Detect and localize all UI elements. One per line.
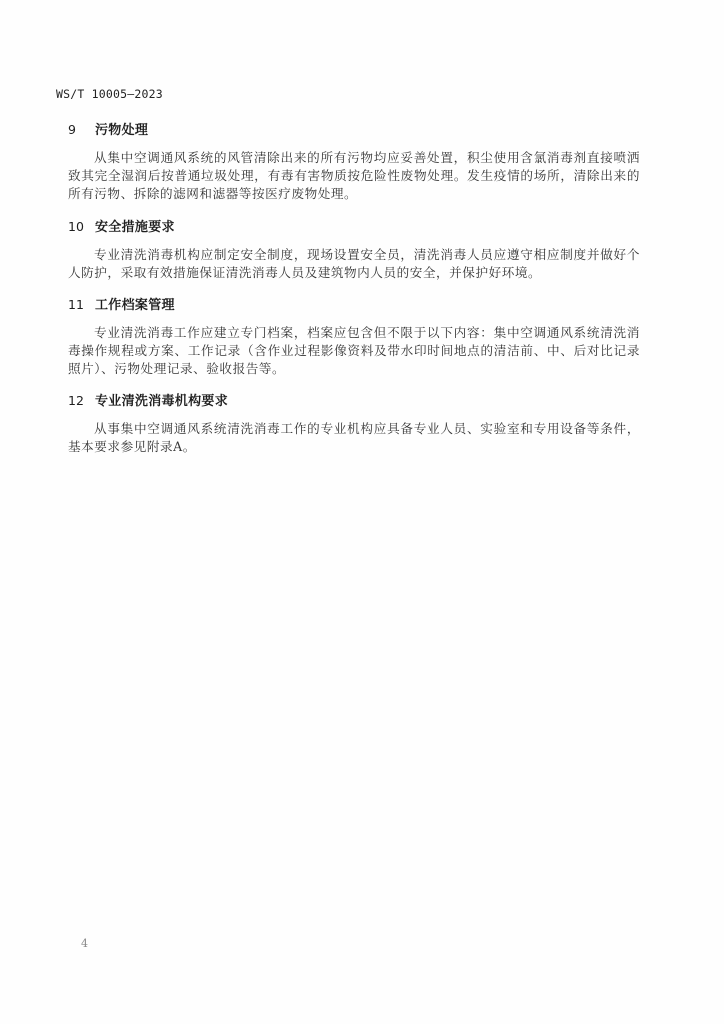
page-number: 4 [81, 937, 88, 950]
section-9-waste-disposal: 9 污物处理 从集中空调通风系统的风管清除出来的所有污物均应妥善处置，积尘使用含… [68, 121, 640, 203]
section-heading: 10 安全措施要求 [68, 218, 640, 236]
section-title: 污物处理 [95, 122, 148, 140]
section-title: 安全措施要求 [95, 219, 175, 237]
section-number: 11 [68, 296, 95, 314]
section-body: 从集中空调通风系统的风管清除出来的所有污物均应妥善处置，积尘使用含氯消毒剂直接喷… [68, 149, 640, 203]
section-heading: 9 污物处理 [68, 121, 640, 139]
section-body: 专业清洗消毒机构应制定安全制度，现场设置安全员，清洗消毒人员应遵守相应制度并做好… [68, 246, 640, 282]
section-title: 工作档案管理 [95, 297, 175, 315]
section-12-agency-requirements: 12 专业清洗消毒机构要求 从事集中空调通风系统清洗消毒工作的专业机构应具备专业… [68, 392, 640, 456]
section-heading: 12 专业清洗消毒机构要求 [68, 392, 640, 410]
standard-code-header: WS/T 10005—2023 [56, 87, 163, 101]
section-body: 专业清洗消毒工作应建立专门档案，档案应包含但不限于以下内容：集中空调通风系统清洗… [68, 324, 640, 378]
section-number: 10 [68, 218, 95, 236]
section-11-work-records: 11 工作档案管理 专业清洗消毒工作应建立专门档案，档案应包含但不限于以下内容：… [68, 296, 640, 378]
section-title: 专业清洗消毒机构要求 [95, 393, 228, 411]
section-number: 9 [68, 121, 95, 139]
document-page: WS/T 10005—2023 9 污物处理 从集中空调通风系统的风管清除出来的… [0, 0, 724, 1024]
section-heading: 11 工作档案管理 [68, 296, 640, 314]
section-number: 12 [68, 392, 95, 410]
section-10-safety-measures: 10 安全措施要求 专业清洗消毒机构应制定安全制度，现场设置安全员，清洗消毒人员… [68, 218, 640, 282]
section-body: 从事集中空调通风系统清洗消毒工作的专业机构应具备专业人员、实验室和专用设备等条件… [68, 420, 640, 456]
